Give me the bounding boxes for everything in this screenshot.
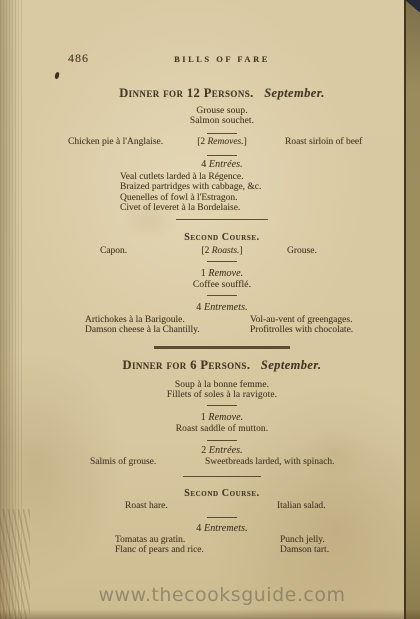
entrees-row: Salmis of grouse. Sweetbreads larded, wi… [0, 457, 420, 469]
menu-item: Salmis of grouse. [90, 457, 156, 468]
entremets-right: Punch jelly. Damson tart. [280, 535, 329, 556]
menu-item: Civet of leveret à la Bordelaise. [120, 203, 261, 213]
ink-mark [54, 72, 59, 80]
page-bottom-shadow [0, 609, 420, 619]
course-heading: 2 Entrées. [26, 445, 418, 456]
menu-item: Grouse. [287, 246, 317, 257]
menu-item: Vol-au-vent of greengages. [250, 315, 353, 325]
book-page-scan: 486 BILLS OF FARE Dinner for 12 Persons.… [0, 0, 420, 619]
divider [207, 261, 237, 262]
menu-item: Veal cutlets larded à la Régence. [120, 172, 261, 182]
divider [207, 295, 237, 296]
menu-title-text: Dinner for 12 Persons. [119, 86, 253, 100]
divider [207, 155, 237, 156]
second-course-row: Roast hare. Italian salad. [0, 501, 420, 513]
menu-item: Artichokes à la Barigoule. [85, 315, 200, 325]
course-heading: 4 Entremets. [26, 302, 418, 313]
menu-item: Flanc of pears and rice. [115, 545, 204, 555]
entremets-left: Tomatas au gratin. Flanc of pears and ri… [115, 535, 204, 556]
menu-item: Profitrolles with chocolate. [250, 325, 353, 335]
section-divider [154, 346, 290, 349]
menu-item: Italian salad. [277, 501, 326, 512]
menu-month: September. [261, 358, 322, 372]
menu-item: Quenelles of fowl à l'Estragon. [120, 193, 261, 203]
course-heading: 4 Entrées. [26, 159, 418, 170]
course-heading: Second Course. [26, 232, 418, 243]
menu-item: Roast sirloin of beef [285, 137, 362, 148]
course-heading: 1 Remove. [26, 268, 418, 279]
menu-item: Roast saddle of mutton. [26, 424, 418, 435]
menu-item: Salmon souchet. [26, 116, 418, 127]
entrees-list: Veal cutlets larded à la Régence. Braize… [120, 172, 261, 213]
menu-item: Punch jelly. [280, 535, 329, 545]
divider [183, 476, 261, 477]
divider [176, 219, 268, 220]
removes-row: Chicken pie à l'Anglaise. [2 Removes.] R… [0, 137, 420, 149]
menu-title-6: Dinner for 6 Persons. September. [26, 360, 418, 371]
entremets-left: Artichokes à la Barigoule. Damson cheese… [85, 315, 200, 336]
entremets-right: Vol-au-vent of greengages. Profitrolles … [250, 315, 353, 336]
menu-item: Damson cheese à la Chantilly. [85, 325, 200, 335]
menu-title-12: Dinner for 12 Persons. September. [26, 88, 418, 99]
menu-title-text: Dinner for 6 Persons. [123, 358, 251, 372]
divider [207, 440, 237, 441]
menu-month: September. [264, 86, 325, 100]
course-heading: 1 Remove. [26, 412, 418, 423]
menu-item: Tomatas au gratin. [115, 535, 204, 545]
watermark: www.thecooksguide.com [26, 584, 418, 606]
divider [207, 405, 237, 406]
course-label: [2 Roasts.] [26, 246, 418, 257]
menu-item: Sweetbreads larded, with spinach. [205, 457, 335, 468]
menu-item: Coffee soufflé. [26, 280, 418, 291]
course-heading: 4 Entremets. [26, 523, 418, 534]
roasts-row: Capon. [2 Roasts.] Grouse. [0, 246, 420, 258]
menu-item: Roast hare. [125, 501, 168, 512]
menu-item: Fillets of soles à la ravigote. [26, 390, 418, 401]
menu-item: Damson tart. [280, 545, 329, 555]
running-head: BILLS OF FARE [26, 54, 418, 65]
course-heading: Second Course. [26, 488, 418, 499]
menu-item: Braized partridges with cabbage, &c. [120, 182, 261, 192]
divider [207, 517, 237, 518]
divider [207, 133, 237, 134]
